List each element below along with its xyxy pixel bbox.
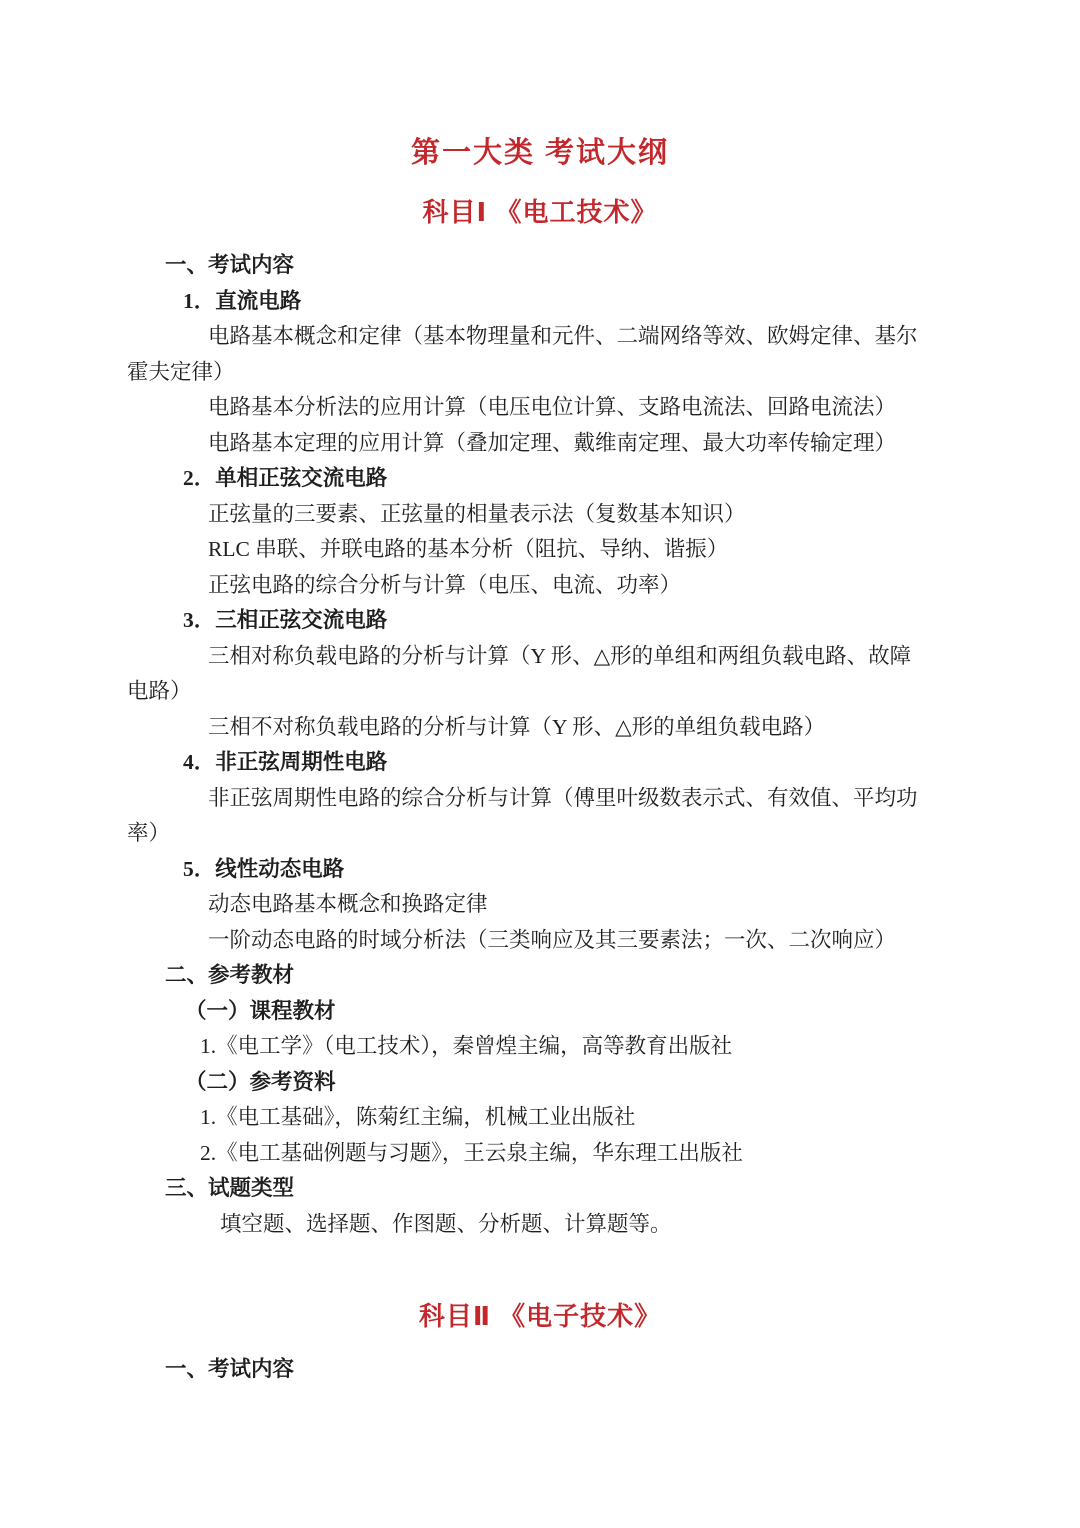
subject-title: 科目Ⅱ 《电子技术》 bbox=[0, 1300, 1080, 1332]
section-heading: 一、考试内容 bbox=[0, 1352, 1080, 1388]
topic-heading: 4．非正弦周期性电路 bbox=[0, 745, 1080, 781]
category-title: 第一大类 考试大纲 bbox=[0, 136, 1080, 170]
paragraph-continuation-line: 率） bbox=[0, 816, 1080, 852]
paragraph-line: 三相不对称负载电路的分析与计算（Y 形、△形的单组负载电路） bbox=[0, 710, 1080, 746]
paragraph-line: RLC 串联、并联电路的基本分析（阻抗、导纳、谐振） bbox=[0, 532, 1080, 568]
paragraph-line: 非正弦周期性电路的综合分析与计算（傅里叶级数表示式、有效值、平均功 bbox=[0, 781, 1080, 817]
paragraph-line: 三相对称负载电路的分析与计算（Y 形、△形的单组和两组负载电路、故障 bbox=[0, 639, 1080, 675]
paragraph-line: 电路基本概念和定律（基本物理量和元件、二端网络等效、欧姆定律、基尔 bbox=[0, 319, 1080, 355]
paragraph-continuation-line: 电路） bbox=[0, 674, 1080, 710]
document-page: 第一大类 考试大纲科目Ⅰ 《电工技术》一、考试内容1．直流电路电路基本概念和定律… bbox=[0, 0, 1080, 1528]
topic-heading: 5．线性动态电路 bbox=[0, 852, 1080, 888]
paragraph-continuation-line: 霍夫定律） bbox=[0, 355, 1080, 391]
section-heading: 二、参考教材 bbox=[0, 958, 1080, 994]
question-types-line: 填空题、选择题、作图题、分析题、计算题等。 bbox=[0, 1207, 1080, 1243]
topic-heading: 1．直流电路 bbox=[0, 284, 1080, 320]
paragraph-line: 正弦量的三要素、正弦量的相量表示法（复数基本知识） bbox=[0, 497, 1080, 533]
paragraph-line: 一阶动态电路的时域分析法（三类响应及其三要素法；一次、二次响应） bbox=[0, 923, 1080, 959]
topic-heading: 3．三相正弦交流电路 bbox=[0, 603, 1080, 639]
paragraph-line: 电路基本定理的应用计算（叠加定理、戴维南定理、最大功率传输定理） bbox=[0, 426, 1080, 462]
book-list-item: 2.《电工基础例题与习题》，王云泉主编，华东理工出版社 bbox=[0, 1136, 1080, 1172]
exam-syllabus-document: 第一大类 考试大纲科目Ⅰ 《电工技术》一、考试内容1．直流电路电路基本概念和定律… bbox=[0, 136, 1080, 1388]
book-list-item: 1.《电工基础》，陈菊红主编，机械工业出版社 bbox=[0, 1100, 1080, 1136]
subject-title: 科目Ⅰ 《电工技术》 bbox=[0, 196, 1080, 228]
section-heading: 一、考试内容 bbox=[0, 248, 1080, 284]
paragraph-line: 正弦电路的综合分析与计算（电压、电流、功率） bbox=[0, 568, 1080, 604]
topic-heading: 2．单相正弦交流电路 bbox=[0, 461, 1080, 497]
subsection-heading: （二）参考资料 bbox=[0, 1065, 1080, 1101]
section-heading: 三、试题类型 bbox=[0, 1171, 1080, 1207]
subsection-heading: （一）课程教材 bbox=[0, 994, 1080, 1030]
book-list-item: 1.《电工学》（电工技术），秦曾煌主编，高等教育出版社 bbox=[0, 1029, 1080, 1065]
paragraph-line: 动态电路基本概念和换路定律 bbox=[0, 887, 1080, 923]
paragraph-line: 电路基本分析法的应用计算（电压电位计算、支路电流法、回路电流法） bbox=[0, 390, 1080, 426]
